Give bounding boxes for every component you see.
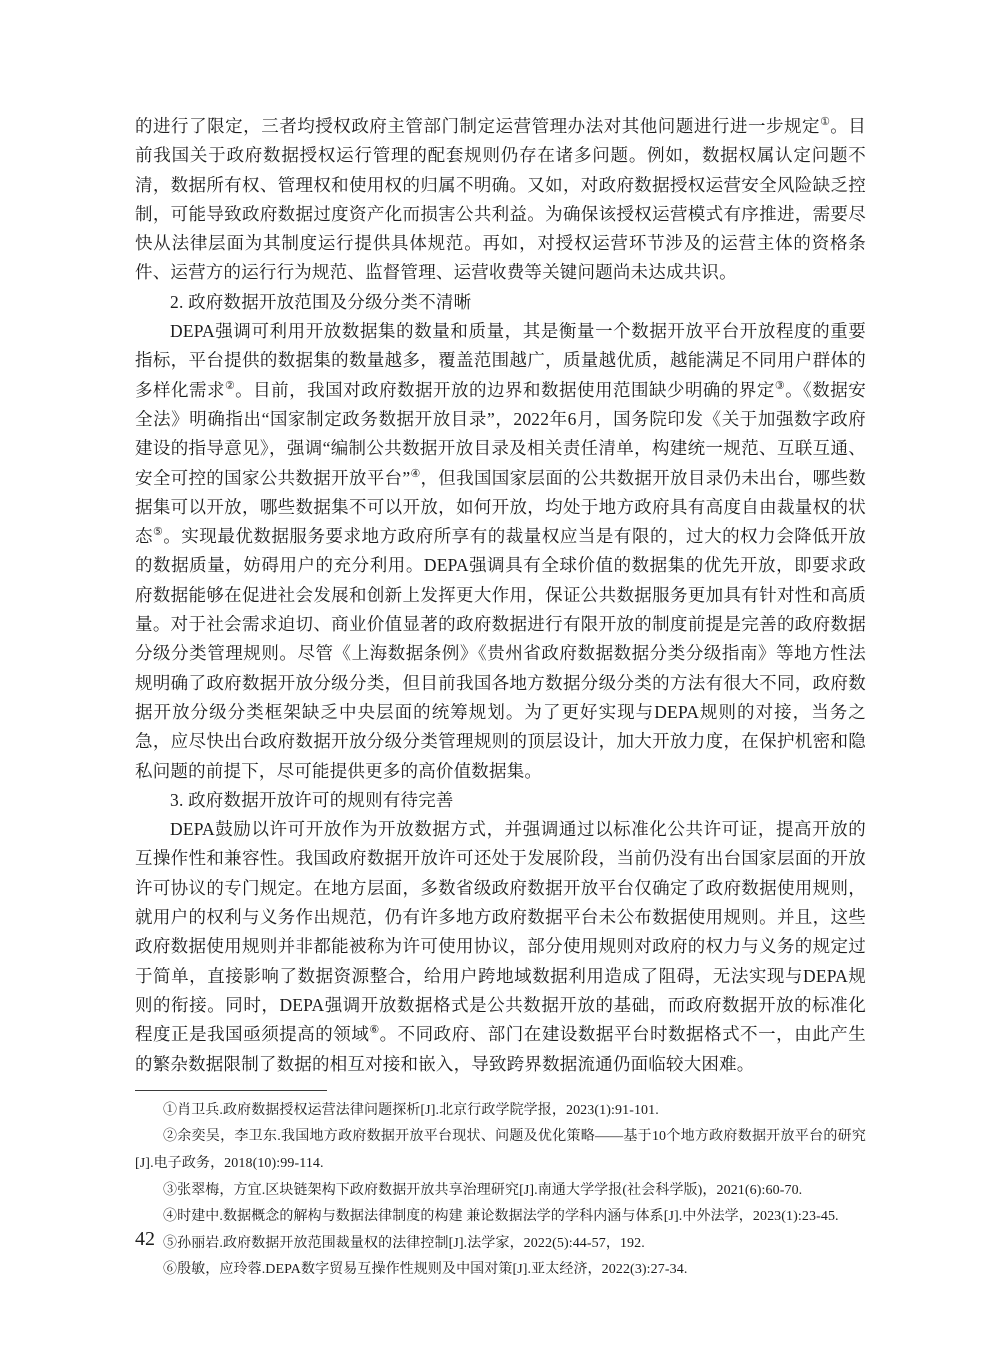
footnote-marker: ⑤ xyxy=(163,1236,177,1251)
footnote-separator xyxy=(135,1090,327,1091)
footnote-item: ④时建中.数据概念的解构与数据法律制度的构建 兼论数据法学的学科内涵与体系[J]… xyxy=(135,1204,866,1231)
text-run: 2. 政府数据开放范围及分级分类不清晰 xyxy=(170,292,471,312)
footnote-marker: ④ xyxy=(163,1209,177,1224)
footnote-text: 孙丽岩.政府数据开放范围裁量权的法律控制[J].法学家，2022(5):44-5… xyxy=(177,1236,645,1251)
footnote-ref: ⑤ xyxy=(153,526,163,538)
page-number: 42 xyxy=(135,1228,155,1251)
footnotes-section: ①肖卫兵.政府数据授权运营法律问题探析[J].北京行政学院学报，2023(1):… xyxy=(135,1090,866,1284)
article-body: 的进行了限定，三者均授权政府主管部门制定运营管理办法对其他问题进行进一步规定①。… xyxy=(135,112,866,1079)
footnote-ref: ① xyxy=(820,116,830,128)
footnote-marker: ⑥ xyxy=(163,1262,177,1277)
text-run: 。目前我国关于政府数据授权运行管理的配套规则仍存在诸多问题。例如，数据权属认定问… xyxy=(135,116,866,282)
text-run: 。目前，我国对政府数据开放的边界和数据使用范围缺少明确的界定 xyxy=(235,380,775,400)
footnote-text: 殷敏，应玲蓉.DEPA数字贸易互操作性规则及中国对策[J].亚太经济，2022(… xyxy=(177,1262,687,1277)
text-run: 的进行了限定，三者均授权政府主管部门制定运营管理办法对其他问题进行进一步规定 xyxy=(135,116,820,136)
body-paragraph: 的进行了限定，三者均授权政府主管部门制定运营管理办法对其他问题进行进一步规定①。… xyxy=(135,112,866,288)
body-paragraph: DEPA强调可利用开放数据集的数量和质量，其是衡量一个数据开放平台开放程度的重要… xyxy=(135,317,866,786)
footnote-marker: ② xyxy=(163,1129,177,1144)
footnote-item: ③张翠梅，方宜.区块链架构下政府数据开放共享治理研究[J].南通大学学报(社会科… xyxy=(135,1178,866,1205)
document-page: { "page": { "number": "42", "background_… xyxy=(0,0,1000,1347)
footnote-marker: ③ xyxy=(163,1183,177,1198)
section-heading: 2. 政府数据开放范围及分级分类不清晰 xyxy=(135,288,866,317)
footnote-ref: ⑥ xyxy=(369,1024,379,1036)
footnote-item: ②余奕吴，李卫东.我国地方政府数据开放平台现状、问题及优化策略——基于10个地方… xyxy=(135,1124,866,1177)
footnote-ref: ② xyxy=(225,380,235,392)
footnote-item: ①肖卫兵.政府数据授权运营法律问题探析[J].北京行政学院学报，2023(1):… xyxy=(135,1098,866,1125)
footnote-text: 肖卫兵.政府数据授权运营法律问题探析[J].北京行政学院学报，2023(1):9… xyxy=(177,1103,659,1118)
text-run: 3. 政府数据开放许可的规则有待完善 xyxy=(170,790,454,810)
text-run: 。实现最优数据服务要求地方政府所享有的裁量权应当是有限的，过大的权力会降低开放的… xyxy=(135,526,866,780)
body-paragraph: DEPA鼓励以许可开放作为开放数据方式，并强调通过以标准化公共许可证，提高开放的… xyxy=(135,815,866,1079)
text-run: DEPA鼓励以许可开放作为开放数据方式，并强调通过以标准化公共许可证，提高开放的… xyxy=(135,819,866,1044)
footnote-text: 时建中.数据概念的解构与数据法律制度的构建 兼论数据法学的学科内涵与体系[J].… xyxy=(177,1209,839,1224)
footnote-text: 张翠梅，方宜.区块链架构下政府数据开放共享治理研究[J].南通大学学报(社会科学… xyxy=(177,1183,802,1198)
footnote-ref: ④ xyxy=(410,468,420,480)
section-heading: 3. 政府数据开放许可的规则有待完善 xyxy=(135,786,866,815)
footnote-ref: ③ xyxy=(775,380,785,392)
footnote-item: ⑤孙丽岩.政府数据开放范围裁量权的法律控制[J].法学家，2022(5):44-… xyxy=(135,1231,866,1258)
article-content: 的进行了限定，三者均授权政府主管部门制定运营管理办法对其他问题进行进一步规定①。… xyxy=(135,112,866,1284)
footnote-text: 余奕吴，李卫东.我国地方政府数据开放平台现状、问题及优化策略——基于10个地方政… xyxy=(135,1129,866,1171)
footnote-marker: ① xyxy=(163,1103,177,1118)
footnotes-list: ①肖卫兵.政府数据授权运营法律问题探析[J].北京行政学院学报，2023(1):… xyxy=(135,1098,866,1284)
footnote-item: ⑥殷敏，应玲蓉.DEPA数字贸易互操作性规则及中国对策[J].亚太经济，2022… xyxy=(135,1257,866,1284)
